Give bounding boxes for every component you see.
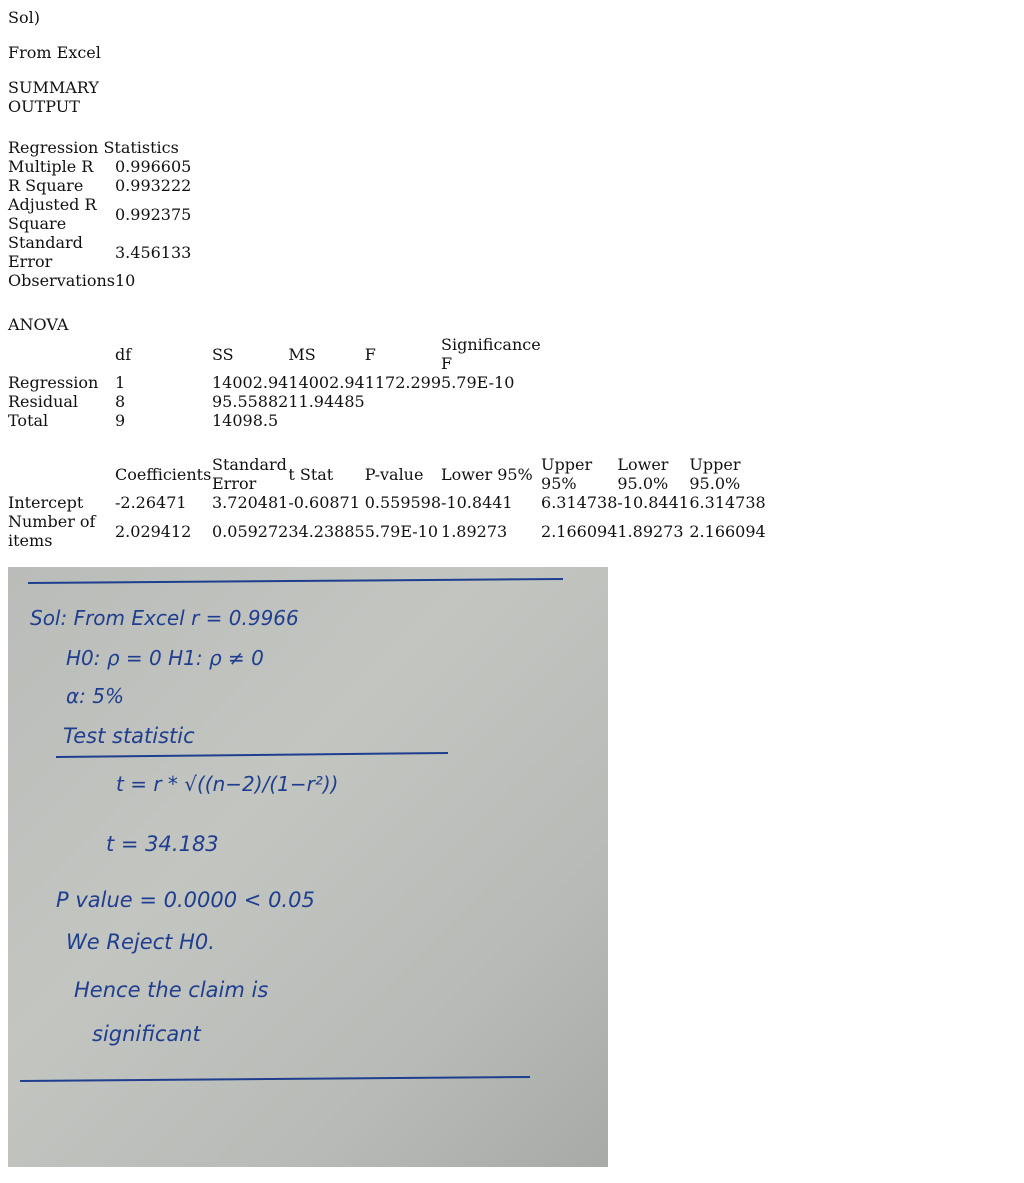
regression-statistics-title: Regression Statistics — [8, 138, 191, 157]
table-row: StandardError 3.456133 — [8, 233, 191, 271]
svg-text:P value = 0.0000 < 0.05: P value = 0.0000 < 0.05 — [56, 888, 315, 912]
table-row: Regression 1 14002.94 14002.94 1172.299 … — [8, 373, 541, 392]
table-row: Intercept -2.26471 3.720481 -0.60871 0.5… — [8, 493, 766, 512]
svg-text:We Reject H0.: We Reject H0. — [66, 930, 215, 954]
table-header: Coefficients StandardError t Stat P-valu… — [8, 455, 766, 493]
svg-text:α: 5%: α: 5% — [66, 684, 124, 708]
svg-text:t = 34.183: t = 34.183 — [106, 832, 219, 856]
table-header: df SS MS F SignificanceF — [8, 335, 541, 373]
svg-text:Sol: From Excel r = 0.9966: Sol: From Excel r = 0.9966 — [30, 606, 299, 630]
svg-text:Test statistic: Test statistic — [63, 724, 195, 748]
summary-output-title: SUMMARY OUTPUT — [8, 78, 99, 116]
svg-text:t = r * √((n−2)/(1−r²)): t = r * √((n−2)/(1−r²)) — [116, 772, 338, 796]
sol-label: Sol) — [8, 8, 40, 27]
regression-statistics-table: Regression Statistics Multiple R 0.99660… — [8, 138, 191, 290]
handwritten-note: Sol: From Excel r = 0.9966 H0: ρ = 0 H1:… — [8, 567, 608, 1167]
anova-table: df SS MS F SignificanceF Regression 1 14… — [8, 335, 541, 430]
svg-text:significant: significant — [92, 1022, 202, 1046]
table-row: Observations 10 — [8, 271, 191, 290]
table-row: Number ofitems 2.029412 0.059272 34.2388… — [8, 512, 766, 550]
table-row: Adjusted RSquare 0.992375 — [8, 195, 191, 233]
svg-text:Hence the claim is: Hence the claim is — [74, 978, 268, 1002]
handwritten-solution-photo: Sol: From Excel r = 0.9966 H0: ρ = 0 H1:… — [8, 567, 608, 1167]
coefficients-table: Coefficients StandardError t Stat P-valu… — [8, 455, 766, 550]
anova-title: ANOVA — [8, 315, 68, 334]
table-row: Residual 8 95.55882 11.94485 — [8, 392, 541, 411]
from-excel-label: From Excel — [8, 43, 101, 62]
table-row: Multiple R 0.996605 — [8, 157, 191, 176]
table-row: Total 9 14098.5 — [8, 411, 541, 430]
svg-text:H0: ρ = 0 H1: ρ ≠ 0: H0: ρ = 0 H1: ρ ≠ 0 — [66, 646, 264, 670]
table-row: R Square 0.993222 — [8, 176, 191, 195]
